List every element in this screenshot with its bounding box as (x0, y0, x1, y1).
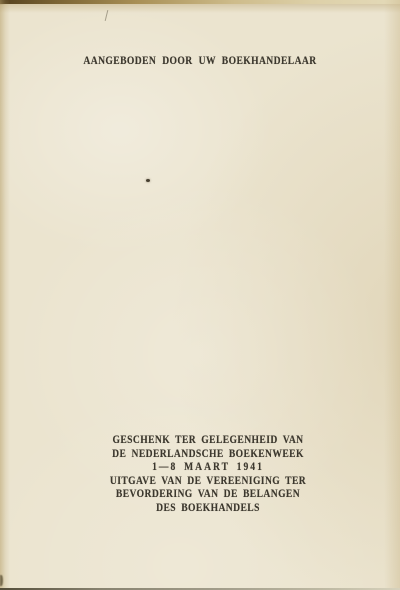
colophon-block: GESCHENK TER GELEGENHEID VAN DE NEDERLAN… (48, 433, 368, 515)
page-top-edge-shadow (0, 4, 400, 13)
colophon-line: GESCHENK TER GELEGENHEID VAN (48, 433, 368, 447)
top-notice-text: AANGEBODEN DOOR UW BOEKHANDELAAR (40, 53, 360, 67)
page-right-edge (384, 0, 400, 590)
colophon-line: UITGAVE VAN DE VEREENIGING TER (48, 474, 368, 488)
colophon-line-date: 1—8 MAART 1941 (48, 460, 368, 474)
scanned-book-page: AANGEBODEN DOOR UW BOEKHANDELAAR GESCHEN… (0, 0, 400, 590)
colophon-line: DES BOEKHANDELS (48, 501, 368, 515)
paper-blemish (0, 575, 3, 586)
paper-speck (146, 179, 150, 182)
page-left-edge (0, 0, 10, 590)
colophon-line: BEVORDERING VAN DE BELANGEN (48, 487, 368, 501)
colophon-line: DE NEDERLANDSCHE BOEKENWEEK (48, 447, 368, 461)
